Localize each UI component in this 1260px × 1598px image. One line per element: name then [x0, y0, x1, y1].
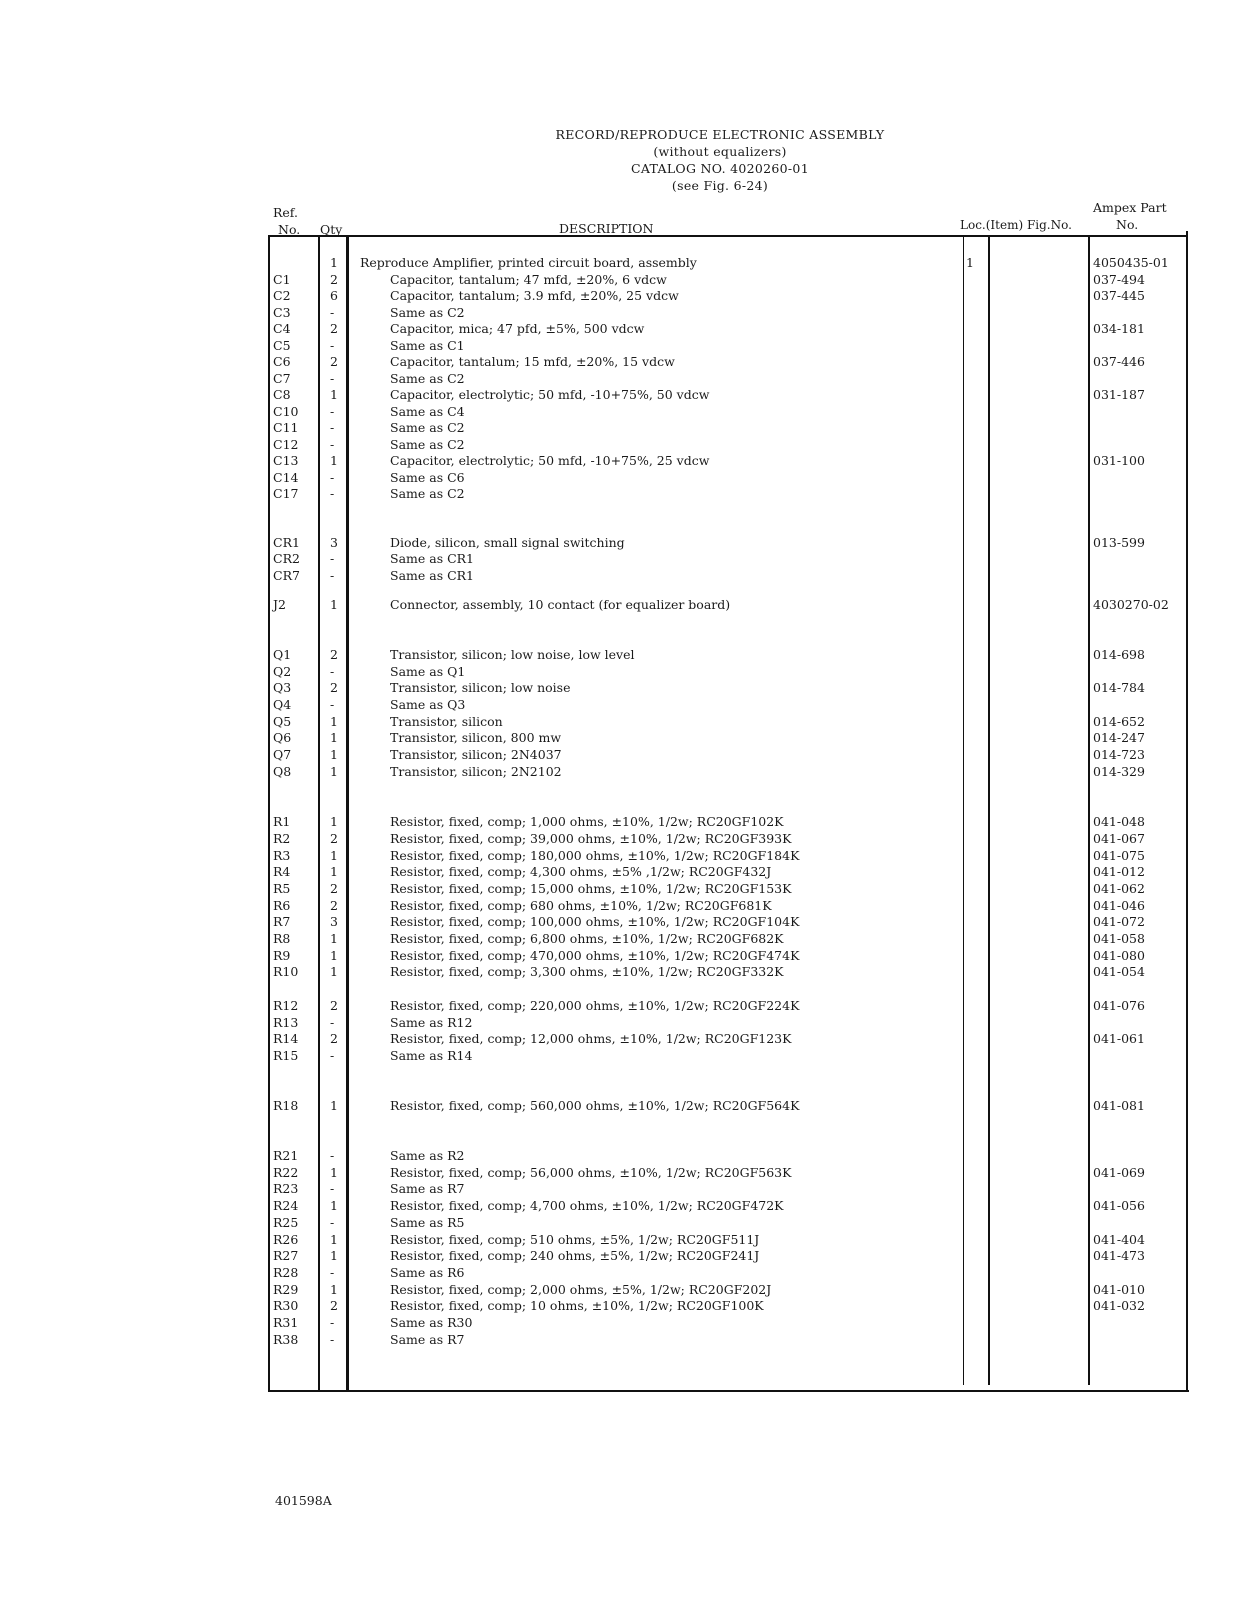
quantity: 1	[330, 1282, 338, 1297]
table-row: Q12Transistor, silicon; low noise, low l…	[0, 647, 1260, 663]
ampex-part-number: 014-652	[1093, 714, 1145, 729]
quantity: 2	[330, 680, 338, 695]
quantity: -	[330, 1148, 334, 1163]
table-row: R22Resistor, fixed, comp; 39,000 ohms, ±…	[0, 831, 1260, 847]
ref-number: R29	[273, 1282, 298, 1297]
ref-number: CR7	[273, 568, 300, 583]
description: Same as Q3	[390, 697, 465, 712]
table-row: R181Resistor, fixed, comp; 560,000 ohms,…	[0, 1098, 1260, 1114]
description: Resistor, fixed, comp; 180,000 ohms, ±10…	[390, 848, 799, 863]
quantity: -	[330, 1315, 334, 1330]
ref-number: CR1	[273, 535, 300, 550]
quantity: 3	[330, 914, 338, 929]
ampex-part-number: 013-599	[1093, 535, 1145, 550]
description: Same as R7	[390, 1181, 464, 1196]
quantity: -	[330, 1048, 334, 1063]
ref-number: R31	[273, 1315, 298, 1330]
table-row: R91Resistor, fixed, comp; 470,000 ohms, …	[0, 948, 1260, 964]
table-row: CR7-Same as CR1	[0, 568, 1260, 584]
ref-number: C10	[273, 404, 298, 419]
description: Resistor, fixed, comp; 1,000 ohms, ±10%,…	[390, 814, 784, 829]
ref-number: Q2	[273, 664, 291, 679]
table-row: CR13Diode, silicon, small signal switchi…	[0, 535, 1260, 551]
table-row: C12Capacitor, tantalum; 47 mfd, ±20%, 6 …	[0, 272, 1260, 288]
description: Capacitor, electrolytic; 50 mfd, -10+75%…	[390, 453, 709, 468]
quantity: 1	[330, 255, 338, 270]
table-row: C3-Same as C2	[0, 305, 1260, 321]
quantity: 1	[330, 453, 338, 468]
location-item: 1	[966, 255, 974, 270]
quantity: -	[330, 664, 334, 679]
description: Diode, silicon, small signal switching	[390, 535, 625, 550]
ref-number: R28	[273, 1265, 298, 1280]
ref-number: Q3	[273, 680, 291, 695]
ref-number: R6	[273, 898, 290, 913]
ref-number: R24	[273, 1198, 298, 1213]
description: Capacitor, electrolytic; 50 mfd, -10+75%…	[390, 387, 709, 402]
ref-number: R7	[273, 914, 290, 929]
quantity: 1	[330, 1198, 338, 1213]
description: Resistor, fixed, comp; 240 ohms, ±5%, 1/…	[390, 1248, 759, 1263]
ampex-part-number: 041-072	[1093, 914, 1145, 929]
table-row: R122Resistor, fixed, comp; 220,000 ohms,…	[0, 998, 1260, 1014]
document-subtitle: (without equalizers)	[0, 144, 1260, 159]
table-row: R81Resistor, fixed, comp; 6,800 ohms, ±1…	[0, 931, 1260, 947]
quantity: 2	[330, 881, 338, 896]
table-row: R31Resistor, fixed, comp; 180,000 ohms, …	[0, 848, 1260, 864]
description: Same as C2	[390, 371, 465, 386]
description: Resistor, fixed, comp; 470,000 ohms, ±10…	[390, 948, 799, 963]
description: Same as C1	[390, 338, 465, 353]
description: Resistor, fixed, comp; 12,000 ohms, ±10%…	[390, 1031, 791, 1046]
ampex-part-number: 4050435-01	[1093, 255, 1169, 270]
column-header-loc-item-fig: Loc.(Item) Fig.No.	[960, 218, 1072, 232]
description: Resistor, fixed, comp; 4,300 ohms, ±5% ,…	[390, 864, 771, 879]
quantity: 1	[330, 387, 338, 402]
ref-number: R3	[273, 848, 290, 863]
ref-number: R1	[273, 814, 290, 829]
ref-number: C2	[273, 288, 291, 303]
description: Resistor, fixed, comp; 10 ohms, ±10%, 1/…	[390, 1298, 764, 1313]
quantity: 6	[330, 288, 338, 303]
description: Resistor, fixed, comp; 56,000 ohms, ±10%…	[390, 1165, 791, 1180]
ampex-part-number: 041-067	[1093, 831, 1145, 846]
ref-number: R21	[273, 1148, 298, 1163]
ampex-part-number: 014-784	[1093, 680, 1145, 695]
description: Transistor, silicon, 800 mw	[390, 730, 561, 745]
ampex-part-number: 014-247	[1093, 730, 1145, 745]
quantity: 2	[330, 898, 338, 913]
ampex-part-number: 014-723	[1093, 747, 1145, 762]
description: Resistor, fixed, comp; 100,000 ohms, ±10…	[390, 914, 799, 929]
table-row: R25-Same as R5	[0, 1215, 1260, 1231]
table-row: R52Resistor, fixed, comp; 15,000 ohms, ±…	[0, 881, 1260, 897]
ampex-part-number: 041-080	[1093, 948, 1145, 963]
quantity: 1	[330, 814, 338, 829]
table-row: R221Resistor, fixed, comp; 56,000 ohms, …	[0, 1165, 1260, 1181]
ref-number: R22	[273, 1165, 298, 1180]
description: Same as C6	[390, 470, 465, 485]
quantity: -	[330, 305, 334, 320]
ref-number: R14	[273, 1031, 298, 1046]
description: Transistor, silicon; 2N2102	[390, 764, 562, 779]
ampex-part-number: 041-010	[1093, 1282, 1145, 1297]
table-row: CR2-Same as CR1	[0, 551, 1260, 567]
table-row: R41Resistor, fixed, comp; 4,300 ohms, ±5…	[0, 864, 1260, 880]
ref-number: Q7	[273, 747, 291, 762]
description: Same as R5	[390, 1215, 464, 1230]
ref-number: C4	[273, 321, 291, 336]
table-row: R21-Same as R2	[0, 1148, 1260, 1164]
column-header-description: DESCRIPTION	[559, 221, 654, 236]
ref-number: R26	[273, 1232, 298, 1247]
quantity: 1	[330, 948, 338, 963]
table-row: C7-Same as C2	[0, 371, 1260, 387]
column-header-ref-line1: Ref.	[273, 205, 298, 220]
quantity: -	[330, 1181, 334, 1196]
ref-number: CR2	[273, 551, 300, 566]
table-row: C10-Same as C4	[0, 404, 1260, 420]
ref-number: C8	[273, 387, 291, 402]
quantity: -	[330, 437, 334, 452]
description: Same as R14	[390, 1048, 472, 1063]
ref-number: C6	[273, 354, 291, 369]
description: Resistor, fixed, comp; 3,300 ohms, ±10%,…	[390, 964, 784, 979]
ampex-part-number: 034-181	[1093, 321, 1145, 336]
quantity: 2	[330, 272, 338, 287]
description: Resistor, fixed, comp; 2,000 ohms, ±5%, …	[390, 1282, 771, 1297]
description: Same as C2	[390, 486, 465, 501]
table-row: C11-Same as C2	[0, 420, 1260, 436]
ref-number: R10	[273, 964, 298, 979]
ampex-part-number: 041-081	[1093, 1098, 1145, 1113]
table-row: Q51Transistor, silicon014-652	[0, 714, 1260, 730]
ref-number: R38	[273, 1332, 298, 1347]
quantity: -	[330, 486, 334, 501]
ref-number: R25	[273, 1215, 298, 1230]
ref-number: C14	[273, 470, 298, 485]
ref-number: R18	[273, 1098, 298, 1113]
description: Transistor, silicon; 2N4037	[390, 747, 562, 762]
ampex-part-number: 041-048	[1093, 814, 1145, 829]
quantity: -	[330, 420, 334, 435]
ref-number: Q6	[273, 730, 291, 745]
description: Capacitor, mica; 47 pfd, ±5%, 500 vdcw	[390, 321, 644, 336]
ref-number: R4	[273, 864, 290, 879]
ampex-part-number: 031-100	[1093, 453, 1145, 468]
ampex-part-number: 041-012	[1093, 864, 1145, 879]
quantity: 1	[330, 1165, 338, 1180]
quantity: -	[330, 404, 334, 419]
description: Same as R30	[390, 1315, 472, 1330]
description: Same as C4	[390, 404, 465, 419]
description: Resistor, fixed, comp; 560,000 ohms, ±10…	[390, 1098, 799, 1113]
ref-number: C11	[273, 420, 298, 435]
description: Same as C2	[390, 437, 465, 452]
ampex-part-number: 041-075	[1093, 848, 1145, 863]
description: Capacitor, tantalum; 15 mfd, ±20%, 15 vd…	[390, 354, 675, 369]
table-row: R62Resistor, fixed, comp; 680 ohms, ±10%…	[0, 898, 1260, 914]
ref-number: C12	[273, 437, 298, 452]
ampex-part-number: 041-058	[1093, 931, 1145, 946]
table-row: R38-Same as R7	[0, 1332, 1260, 1348]
ref-number: C5	[273, 338, 291, 353]
table-row: R73Resistor, fixed, comp; 100,000 ohms, …	[0, 914, 1260, 930]
figure-reference: (see Fig. 6-24)	[0, 178, 1260, 193]
ampex-part-number: 014-329	[1093, 764, 1145, 779]
quantity: 1	[330, 1232, 338, 1247]
quantity: 1	[330, 730, 338, 745]
description: Same as R6	[390, 1265, 464, 1280]
ref-number: Q1	[273, 647, 291, 662]
quantity: -	[330, 1332, 334, 1347]
quantity: 2	[330, 321, 338, 336]
quantity: 2	[330, 998, 338, 1013]
table-row: 1Reproduce Amplifier, printed circuit bo…	[0, 255, 1260, 271]
table-row: C62Capacitor, tantalum; 15 mfd, ±20%, 15…	[0, 354, 1260, 370]
ampex-part-number: 041-062	[1093, 881, 1145, 896]
ampex-part-number: 041-032	[1093, 1298, 1145, 1313]
ampex-part-number: 041-054	[1093, 964, 1145, 979]
quantity: 1	[330, 1098, 338, 1113]
ref-number: Q5	[273, 714, 291, 729]
quantity: -	[330, 1265, 334, 1280]
description: Same as R12	[390, 1015, 472, 1030]
ref-number: R12	[273, 998, 298, 1013]
quantity: 1	[330, 747, 338, 762]
ref-number: C13	[273, 453, 298, 468]
table-row: R271Resistor, fixed, comp; 240 ohms, ±5%…	[0, 1248, 1260, 1264]
table-row: C12-Same as C2	[0, 437, 1260, 453]
ampex-part-number: 4030270-02	[1093, 597, 1169, 612]
quantity: 1	[330, 597, 338, 612]
table-row: Q61Transistor, silicon, 800 mw014-247	[0, 730, 1260, 746]
ampex-part-number: 014-698	[1093, 647, 1145, 662]
ref-number: R5	[273, 881, 290, 896]
description: Resistor, fixed, comp; 39,000 ohms, ±10%…	[390, 831, 791, 846]
table-top-border	[268, 235, 1186, 237]
ampex-part-number: 037-445	[1093, 288, 1145, 303]
table-row: R291Resistor, fixed, comp; 2,000 ohms, ±…	[0, 1282, 1260, 1298]
ampex-part-number: 037-494	[1093, 272, 1145, 287]
description: Transistor, silicon	[390, 714, 503, 729]
quantity: 3	[330, 535, 338, 550]
quantity: -	[330, 338, 334, 353]
column-header-part-line1: Ampex Part	[1093, 200, 1167, 215]
description: Same as R7	[390, 1332, 464, 1347]
quantity: -	[330, 568, 334, 583]
description: Same as R2	[390, 1148, 464, 1163]
description: Capacitor, tantalum; 47 mfd, ±20%, 6 vdc…	[390, 272, 667, 287]
ref-number: R13	[273, 1015, 298, 1030]
ref-number: C7	[273, 371, 291, 386]
description: Resistor, fixed, comp; 6,800 ohms, ±10%,…	[390, 931, 784, 946]
ref-number: R23	[273, 1181, 298, 1196]
table-row: Q71Transistor, silicon; 2N4037014-723	[0, 747, 1260, 763]
description: Reproduce Amplifier, printed circuit boa…	[360, 255, 697, 270]
table-row: R13-Same as R12	[0, 1015, 1260, 1031]
description: Resistor, fixed, comp; 510 ohms, ±5%, 1/…	[390, 1232, 759, 1247]
table-row: Q81Transistor, silicon; 2N2102014-329	[0, 764, 1260, 780]
quantity: 2	[330, 647, 338, 662]
description: Same as CR1	[390, 551, 474, 566]
table-row: R261Resistor, fixed, comp; 510 ohms, ±5%…	[0, 1232, 1260, 1248]
table-row: R11Resistor, fixed, comp; 1,000 ohms, ±1…	[0, 814, 1260, 830]
quantity: -	[330, 1015, 334, 1030]
ref-number: R9	[273, 948, 290, 963]
table-row: R302Resistor, fixed, comp; 10 ohms, ±10%…	[0, 1298, 1260, 1314]
description: Same as CR1	[390, 568, 474, 583]
table-row: J21Connector, assembly, 10 contact (for …	[0, 597, 1260, 613]
quantity: 2	[330, 354, 338, 369]
ref-number: R30	[273, 1298, 298, 1313]
description: Capacitor, tantalum; 3.9 mfd, ±20%, 25 v…	[390, 288, 679, 303]
table-row: R15-Same as R14	[0, 1048, 1260, 1064]
quantity: -	[330, 1215, 334, 1230]
description: Same as C2	[390, 420, 465, 435]
quantity: 1	[330, 714, 338, 729]
table-row: R23-Same as R7	[0, 1181, 1260, 1197]
table-row: R31-Same as R30	[0, 1315, 1260, 1331]
ampex-part-number: 041-404	[1093, 1232, 1145, 1247]
column-header-part-line2: No.	[1116, 217, 1138, 232]
quantity: 1	[330, 931, 338, 946]
table-row: R101Resistor, fixed, comp; 3,300 ohms, ±…	[0, 964, 1260, 980]
ampex-part-number: 041-046	[1093, 898, 1145, 913]
quantity: 1	[330, 848, 338, 863]
description: Resistor, fixed, comp; 15,000 ohms, ±10%…	[390, 881, 791, 896]
quantity: 1	[330, 864, 338, 879]
table-row: C42Capacitor, mica; 47 pfd, ±5%, 500 vdc…	[0, 321, 1260, 337]
quantity: 2	[330, 831, 338, 846]
ampex-part-number: 041-069	[1093, 1165, 1145, 1180]
quantity: 1	[330, 764, 338, 779]
ref-number: Q8	[273, 764, 291, 779]
table-row: R28-Same as R6	[0, 1265, 1260, 1281]
description: Same as Q1	[390, 664, 465, 679]
quantity: -	[330, 551, 334, 566]
quantity: 2	[330, 1031, 338, 1046]
quantity: -	[330, 697, 334, 712]
table-row: Q4-Same as Q3	[0, 697, 1260, 713]
ref-number: R8	[273, 931, 290, 946]
ref-number: R27	[273, 1248, 298, 1263]
document-number: 401598A	[275, 1493, 332, 1508]
ref-number: C17	[273, 486, 298, 501]
description: Same as C2	[390, 305, 465, 320]
table-row: C26Capacitor, tantalum; 3.9 mfd, ±20%, 2…	[0, 288, 1260, 304]
ref-number: R2	[273, 831, 290, 846]
description: Transistor, silicon; low noise	[390, 680, 571, 695]
quantity: -	[330, 470, 334, 485]
description: Resistor, fixed, comp; 220,000 ohms, ±10…	[390, 998, 799, 1013]
ref-number: J2	[273, 597, 286, 612]
ampex-part-number: 037-446	[1093, 354, 1145, 369]
ref-number: C3	[273, 305, 291, 320]
description: Resistor, fixed, comp; 4,700 ohms, ±10%,…	[390, 1198, 784, 1213]
description: Transistor, silicon; low noise, low leve…	[390, 647, 635, 662]
ampex-part-number: 031-187	[1093, 387, 1145, 402]
quantity: 1	[330, 1248, 338, 1263]
ampex-part-number: 041-061	[1093, 1031, 1145, 1046]
table-row: C14-Same as C6	[0, 470, 1260, 486]
table-row: C5-Same as C1	[0, 338, 1260, 354]
table-row: Q32Transistor, silicon; low noise014-784	[0, 680, 1260, 696]
table-bottom-border	[268, 1390, 1189, 1392]
ref-number: Q4	[273, 697, 291, 712]
catalog-number: CATALOG NO. 4020260-01	[0, 161, 1260, 176]
table-row: Q2-Same as Q1	[0, 664, 1260, 680]
document-title: RECORD/REPRODUCE ELECTRONIC ASSEMBLY	[0, 127, 1260, 142]
quantity: 1	[330, 964, 338, 979]
description: Connector, assembly, 10 contact (for equ…	[390, 597, 730, 612]
table-row: C131Capacitor, electrolytic; 50 mfd, -10…	[0, 453, 1260, 469]
ref-number: C1	[273, 272, 291, 287]
table-row: C81Capacitor, electrolytic; 50 mfd, -10+…	[0, 387, 1260, 403]
ampex-part-number: 041-473	[1093, 1248, 1145, 1263]
table-row: C17-Same as C2	[0, 486, 1260, 502]
table-row: R142Resistor, fixed, comp; 12,000 ohms, …	[0, 1031, 1260, 1047]
quantity: -	[330, 371, 334, 386]
table-row: R241Resistor, fixed, comp; 4,700 ohms, ±…	[0, 1198, 1260, 1214]
ref-number: R15	[273, 1048, 298, 1063]
quantity: 2	[330, 1298, 338, 1313]
ampex-part-number: 041-056	[1093, 1198, 1145, 1213]
ampex-part-number: 041-076	[1093, 998, 1145, 1013]
description: Resistor, fixed, comp; 680 ohms, ±10%, 1…	[390, 898, 772, 913]
